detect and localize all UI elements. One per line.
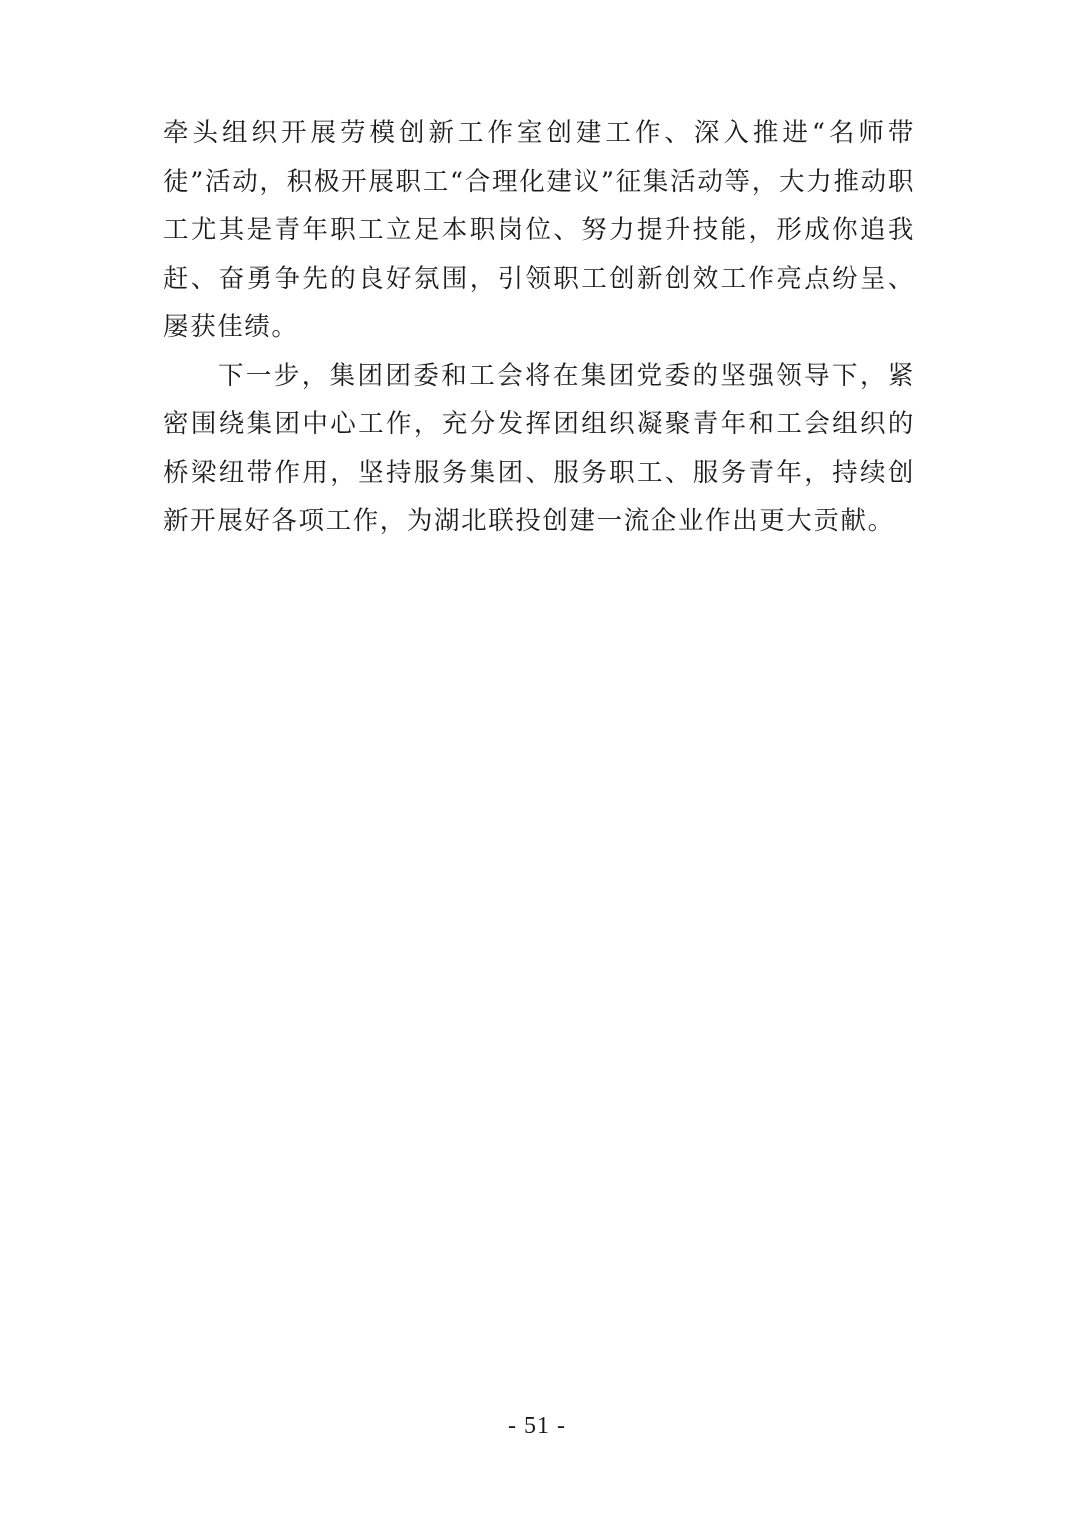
paragraph-next-steps: 下一步，集团团委和工会将在集团党委的坚强领导下，紧密围绕集团中心工作，充分发挥团… xyxy=(163,352,915,546)
body-text: 牵头组织开展劳模创新工作室创建工作、深入推进“名师带徒”活动，积极开展职工“合理… xyxy=(163,109,915,546)
document-page: 牵头组织开展劳模创新工作室创建工作、深入推进“名师带徒”活动，积极开展职工“合理… xyxy=(0,0,1074,1520)
page-number: - 51 - xyxy=(0,1413,1074,1440)
paragraph-continuation: 牵头组织开展劳模创新工作室创建工作、深入推进“名师带徒”活动，积极开展职工“合理… xyxy=(163,109,915,352)
